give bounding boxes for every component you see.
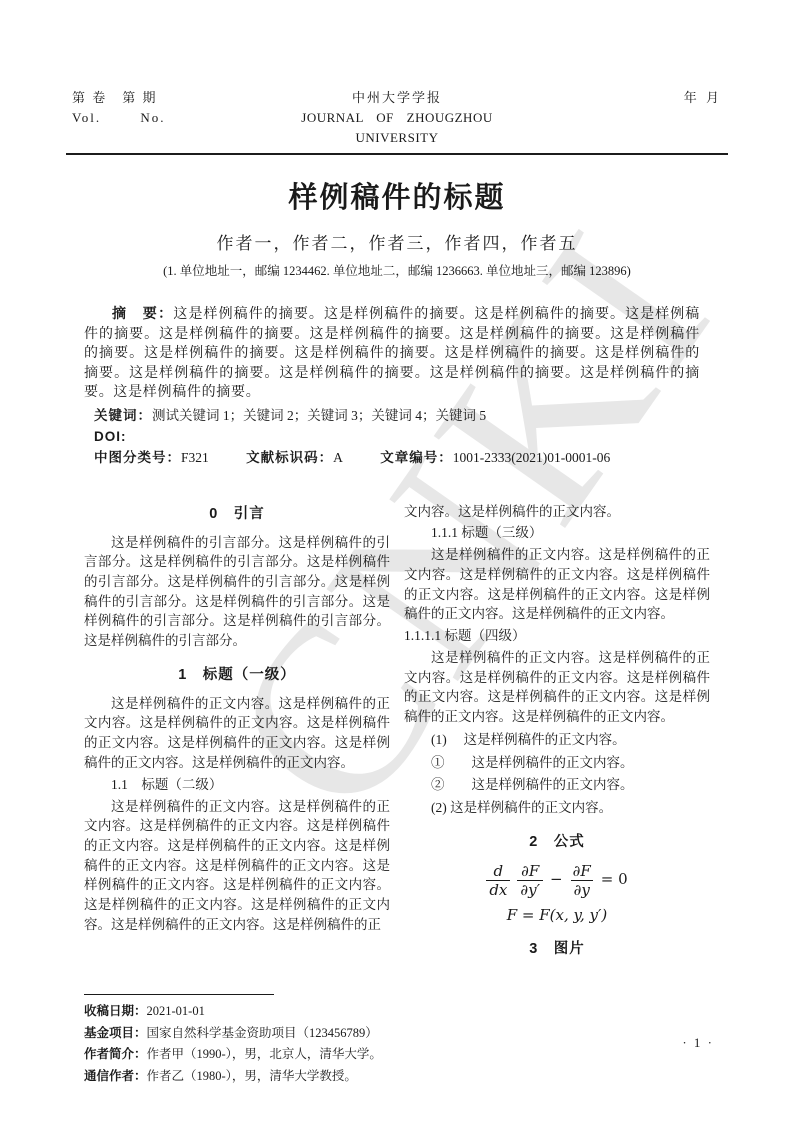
section-1-1-heading: 1.1 标题（二级） bbox=[84, 775, 390, 795]
section-1-1-1-heading: 1.1.1 标题（三级） bbox=[404, 523, 710, 543]
section-1-1-paragraph-left: 这是样例稿件的正文内容。这是样例稿件的正文内容。这是样例稿件的正文内容。这是样例… bbox=[84, 797, 390, 935]
vol-label: Vol. bbox=[72, 108, 101, 128]
author-bio-label: 作者简介： bbox=[84, 1047, 147, 1061]
intro-paragraph: 这是样例稿件的引言部分。这是样例稿件的引言部分。这是样例稿件的引言部分。这是样例… bbox=[84, 533, 390, 651]
abstract-paragraph: 摘 要：这是样例稿件的摘要。这是样例稿件的摘要。这是样例稿件的摘要。这是样例稿件… bbox=[84, 304, 700, 403]
keywords-text: 测试关键词 1；关键词 2；关键词 3；关键词 4；关键词 5 bbox=[152, 408, 486, 423]
fraction-denominator: ∂y bbox=[571, 880, 593, 899]
received-date-label: 收稿日期： bbox=[84, 1004, 147, 1018]
corresponding-author-line: 通信作者：作者乙（1980-），男，清华大学教授。 bbox=[84, 1066, 710, 1088]
footnote-block: 收稿日期：2021-01-01 基金项目：国家自然科学基金资助项目（123456… bbox=[84, 994, 710, 1087]
equals-zero: = 0 bbox=[601, 870, 628, 890]
author-bio-line: 作者简介：作者甲（1990-），男，北京人，清华大学。 bbox=[84, 1044, 710, 1066]
received-date-value: 2021-01-01 bbox=[147, 1004, 205, 1018]
article-no-label: 文章编号： bbox=[380, 450, 453, 465]
fund-label: 基金项目： bbox=[84, 1026, 147, 1040]
received-date-line: 收稿日期：2021-01-01 bbox=[84, 1001, 710, 1023]
fraction-denominator: ∂y′ bbox=[517, 880, 543, 899]
list-item-2: (2) 这是样例稿件的正文内容。 bbox=[404, 798, 710, 818]
header-rule bbox=[66, 153, 728, 155]
no-label: No. bbox=[140, 108, 165, 128]
footnote-rule bbox=[84, 994, 274, 995]
list-item-circled-1: ① 这是样例稿件的正文内容。 bbox=[404, 753, 710, 773]
page-content: 第 卷 第 期 中州大学学报 年 月 Vol. No. JOURNAL OF Z… bbox=[0, 0, 794, 1087]
section-1-1-paragraph-continued: 文内容。这是样例稿件的正文内容。 bbox=[404, 502, 710, 522]
paper-page: CNKI 第 卷 第 期 中州大学学报 年 月 Vol. No. JOURNAL… bbox=[0, 0, 794, 1123]
journal-name-cn: 中州大学学报 bbox=[262, 88, 532, 108]
doi-line: DOI: bbox=[84, 426, 710, 447]
doi-label: DOI: bbox=[94, 429, 127, 444]
article-no-value: 1001-2333(2021)01-0001-06 bbox=[453, 450, 610, 465]
authors-line: 作者一，作者二，作者三，作者四，作者五 bbox=[72, 232, 722, 256]
minus-operator: − bbox=[550, 870, 563, 890]
clc-value: F321 bbox=[181, 450, 209, 465]
abstract-text: 这是样例稿件的摘要。这是样例稿件的摘要。这是样例稿件的摘要。这是样例稿件的摘要。… bbox=[84, 307, 700, 400]
corresponding-author-value: 作者乙（1980-），男，清华大学教授。 bbox=[147, 1069, 357, 1083]
fund-line: 基金项目：国家自然科学基金资助项目（123456789） bbox=[84, 1023, 710, 1045]
section-1-1-1-paragraph: 这是样例稿件的正文内容。这是样例稿件的正文内容。这是样例稿件的正文内容。这是样例… bbox=[404, 545, 710, 624]
list-item-circled-2: ② 这是样例稿件的正文内容。 bbox=[404, 775, 710, 795]
section-3-heading: 3 图片 bbox=[404, 939, 710, 959]
section-1-heading: 1 标题（一级） bbox=[84, 665, 390, 685]
right-column: 文内容。这是样例稿件的正文内容。 1.1.1 标题（三级） 这是样例稿件的正文内… bbox=[404, 502, 710, 969]
fraction-numerator: ∂F bbox=[570, 862, 594, 880]
section-1-1-1-1-paragraph: 这是样例稿件的正文内容。这是样例稿件的正文内容。这是样例稿件的正文内容。这是样例… bbox=[404, 648, 710, 727]
equation-block: ddx ∂F∂y′ − ∂F∂y = 0 F = F(x, y, y′) bbox=[404, 862, 710, 926]
date-cn: 年 月 bbox=[532, 88, 722, 108]
clc-line: 中图分类号：F321 文献标识码：A 文章编号：1001-2333(2021)0… bbox=[84, 447, 710, 468]
article-no-pair: 文章编号：1001-2333(2021)01-0001-06 bbox=[380, 450, 610, 465]
fraction-denominator: dx bbox=[486, 880, 510, 899]
fraction-dF-dy: ∂F∂y bbox=[570, 862, 594, 899]
journal-header: 第 卷 第 期 中州大学学报 年 月 Vol. No. JOURNAL OF Z… bbox=[72, 0, 722, 155]
list-item-1: (1) 这是样例稿件的正文内容。 bbox=[404, 730, 710, 750]
keywords-label: 关键词： bbox=[94, 408, 152, 423]
clc-pair: 中图分类号：F321 bbox=[94, 450, 209, 465]
fraction-numerator: ∂F bbox=[518, 862, 542, 880]
header-row-cn: 第 卷 第 期 中州大学学报 年 月 bbox=[72, 88, 722, 108]
section-1-1-1-1-heading: 1.1.1.1 标题（四级） bbox=[404, 626, 710, 646]
euler-lagrange-equation: ddx ∂F∂y′ − ∂F∂y = 0 bbox=[404, 862, 710, 899]
corresponding-author-label: 通信作者： bbox=[84, 1069, 147, 1083]
affiliation-line: (1. 单位地址一，邮编 1234462. 单位地址二，邮编 1236663. … bbox=[72, 262, 722, 280]
clc-label: 中图分类号： bbox=[94, 450, 181, 465]
fraction-dF-dyprime: ∂F∂y′ bbox=[517, 862, 543, 899]
author-bio-value: 作者甲（1990-），男，北京人，清华大学。 bbox=[147, 1047, 382, 1061]
journal-name-en: JOURNAL OF ZHOUGZHOU UNIVERSITY bbox=[262, 108, 532, 148]
article-title: 样例稿件的标题 bbox=[72, 179, 722, 217]
keywords-line: 关键词：测试关键词 1；关键词 2；关键词 3；关键词 4；关键词 5 bbox=[84, 405, 710, 426]
abstract-label: 摘 要： bbox=[112, 305, 173, 321]
function-definition-equation: F = F(x, y, y′) bbox=[404, 906, 710, 926]
two-column-body: 0 引言 这是样例稿件的引言部分。这是样例稿件的引言部分。这是样例稿件的引言部分… bbox=[84, 502, 710, 969]
vol-no-group: Vol. No. bbox=[72, 108, 262, 128]
issue-info-cn: 第 卷 第 期 bbox=[72, 88, 262, 108]
left-column: 0 引言 这是样例稿件的引言部分。这是样例稿件的引言部分。这是样例稿件的引言部分… bbox=[84, 502, 390, 969]
doc-code-value: A bbox=[333, 450, 343, 465]
header-row-en: Vol. No. JOURNAL OF ZHOUGZHOU UNIVERSITY bbox=[72, 108, 722, 148]
section-0-heading: 0 引言 bbox=[84, 504, 390, 524]
section-1-paragraph: 这是样例稿件的正文内容。这是样例稿件的正文内容。这是样例稿件的正文内容。这是样例… bbox=[84, 694, 390, 773]
doc-code-pair: 文献标识码：A bbox=[246, 450, 343, 465]
doc-code-label: 文献标识码： bbox=[246, 450, 333, 465]
fraction-numerator: d bbox=[491, 862, 507, 880]
fraction-d-dx: ddx bbox=[486, 862, 510, 899]
fund-value: 国家自然科学基金资助项目（123456789） bbox=[147, 1026, 378, 1040]
section-2-heading: 2 公式 bbox=[404, 832, 710, 852]
